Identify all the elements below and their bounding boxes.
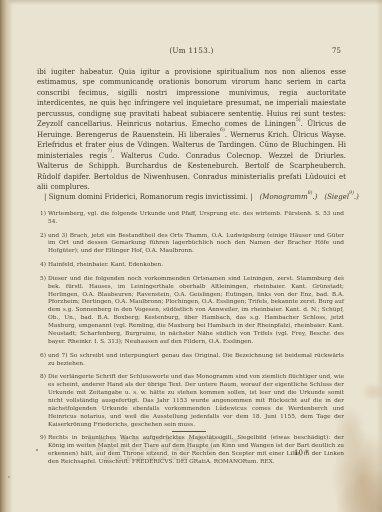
- header-date: (Um 1153.): [37, 46, 346, 55]
- footnote-ref-5: 5): [296, 118, 301, 123]
- monogram-note: (Monogramm: [260, 193, 308, 201]
- siegel-note-close: .): [354, 193, 359, 201]
- footnote-text: und 7) So schreibt und interpungiert gen…: [48, 353, 344, 367]
- footnote-text: und 3) Brach, jetzt ein Bestandtheil des…: [48, 233, 344, 255]
- footnotes-section: 1)Wirtemberg, vgl. die folgende Urkunde …: [40, 211, 344, 467]
- signature-mark: 10 *: [294, 449, 309, 457]
- footnote-item: 1)Wirtemberg, vgl. die folgende Urkunde …: [40, 211, 344, 227]
- signum-line: | Signum domini Friderici, Romanorum reg…: [37, 192, 346, 202]
- footnote-label: 6): [40, 353, 48, 359]
- page-header: (Um 1153.) 75: [37, 46, 346, 58]
- footnote-ref-6: 6): [220, 128, 225, 133]
- footnote-text: Die verlängerte Schrift der Schlussworte…: [48, 374, 344, 427]
- end-rule: [172, 431, 206, 432]
- footnote-item: 8)Die verlängerte Schrift der Schlusswor…: [40, 374, 344, 429]
- footnote-ref-8: 8): [308, 191, 313, 196]
- page-number: 75: [332, 46, 341, 55]
- scanned-book-page: (Um 1153.) 75 ibi iugiter habeatur. Quia…: [0, 0, 382, 512]
- footnote-item: 2)und 3) Brach, jetzt ein Bestandtheil d…: [40, 233, 344, 257]
- footnote-ref-9: 9): [349, 191, 354, 196]
- footnote-text: Dieser und die folgenden noch vorkommend…: [48, 276, 344, 345]
- footnote-label: 9): [40, 435, 48, 441]
- footnote-item: 6)und 7) So schreibt und interpungiert g…: [40, 353, 344, 369]
- footnote-label: 1): [40, 211, 48, 217]
- page-content: (Um 1153.) 75 ibi iugiter habeatur. Quia…: [37, 46, 346, 473]
- charter-body-text: ibi iugiter habeatur. Quia igitur a prov…: [37, 67, 346, 192]
- signum-text: | Signum domini Friderici, Romanorum reg…: [44, 193, 253, 201]
- footnote-ref-7: 7): [107, 149, 112, 154]
- siegel-note: (Siegel: [324, 193, 349, 201]
- footnote-text: Hainfeld, rheinbaier. Kant. Edenkoben.: [48, 262, 163, 268]
- footnote-item: 5)Dieser und die folgenden noch vorkomme…: [40, 276, 344, 347]
- footnote-label: 5): [40, 276, 48, 282]
- footnote-item: 4)Hainfeld, rheinbaier. Kant. Edenkoben.: [40, 262, 344, 270]
- monogram-note-close: .): [312, 193, 317, 201]
- footnote-label: 2): [40, 233, 48, 239]
- footnote-label: 4): [40, 262, 48, 268]
- footnote-label: 8): [40, 374, 48, 380]
- footnote-text: Wirtemberg, vgl. die folgende Urkunde un…: [48, 211, 344, 225]
